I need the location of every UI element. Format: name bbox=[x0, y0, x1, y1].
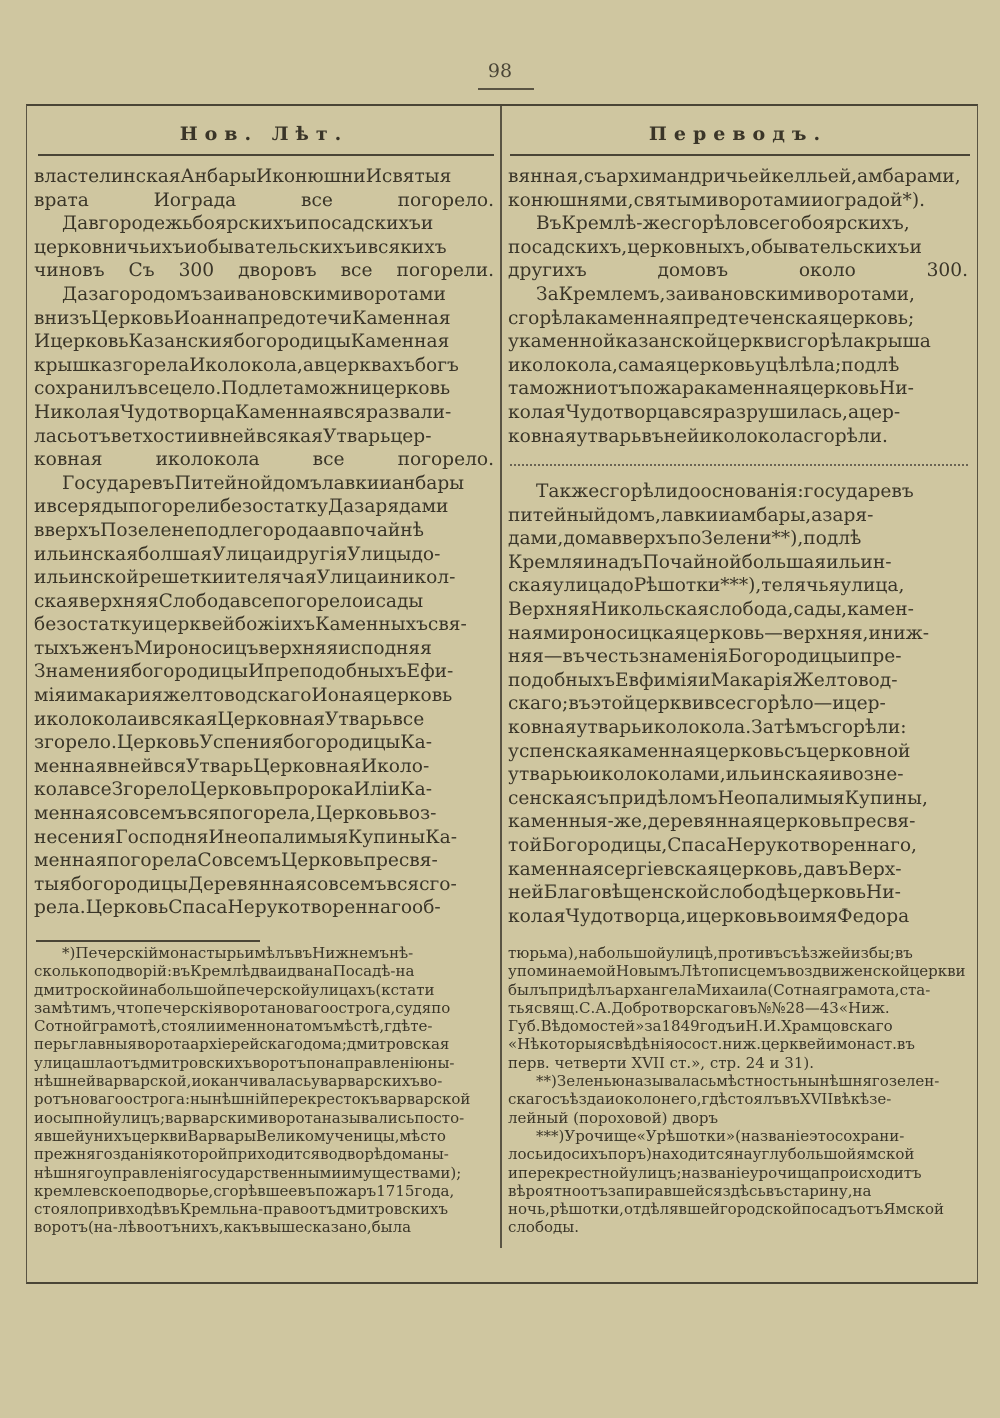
translation-text-line: ковнаяутварьвънейиколоколасгорѣли. bbox=[508, 425, 968, 449]
footnote-line: былъпридѣлъархангелаМихаила(Сотнаяграмот… bbox=[508, 981, 968, 999]
old-chronicle-text-line: внизъЦерковьИоаннапредотечиКаменная bbox=[34, 307, 494, 331]
translation-text-line: каменныя-же,деревяннаяцерковьпресвя- bbox=[508, 810, 968, 834]
old-chronicle-text-line: чиновъ Съ 300 дворовъ все погорели. bbox=[34, 259, 494, 283]
footnote-line: прежнягозданіякоторойприходитсяводворѣдо… bbox=[34, 1145, 494, 1163]
footnote-line: сколькоподворій:въКремлѣдваидванаПосадѣ-… bbox=[34, 962, 494, 980]
old-chronicle-text-line: ильинскаяболшаяУлицаидругіяУлицыдо- bbox=[34, 543, 494, 567]
footnote-line: ***)Урочище«Урѣшотки»(названіеэтосохрани… bbox=[508, 1127, 968, 1145]
footnote-line: перьглавныяворотаархіерейскагодома;дмитр… bbox=[34, 1035, 494, 1053]
old-chronicle-text-line: ковная иколокола все погорело. bbox=[34, 448, 494, 472]
old-chronicle-text-line: сохранилъвсецело.Подлетаможницерковь bbox=[34, 377, 494, 401]
translation-text-line: колаяЧудотворца,ицерковьвоимяФедора bbox=[508, 905, 968, 929]
footnote-line: дмитроскойинабольшойпечерскойулицахъ(кст… bbox=[34, 981, 494, 999]
old-chronicle-text-line: Давгородежьбоярскихъипосадскихъи bbox=[34, 212, 494, 236]
translation-text-line: КремляинадъПочайнойбольшаяильин- bbox=[508, 551, 968, 575]
old-chronicle-text-line: меннаясовсемъвсяпогорела,Церковьвоз- bbox=[34, 802, 494, 826]
old-chronicle-text-line: ильинскойрешеткиителячаяУлицаиникол- bbox=[34, 566, 494, 590]
translation-text-line: укаменнойказанскойцерквисгорѣлакрыша bbox=[508, 330, 968, 354]
footnote-line: замѣтимъ,чтопечерскіяворотановагоострога… bbox=[34, 999, 494, 1017]
left-column-header: Нов. Лѣт. bbox=[30, 116, 498, 152]
old-chronicle-text-line: тыхъженъМироносицъверхняяисподняя bbox=[34, 637, 494, 661]
bottom-rule-gap-2 bbox=[592, 1278, 604, 1282]
old-chronicle-text-line: рела.ЦерковьСпасаНерукотвореннагооб- bbox=[34, 896, 494, 920]
column-divider bbox=[500, 106, 502, 1248]
old-chronicle-text-line: врата Иограда все погорело. bbox=[34, 189, 494, 213]
right-header-rule bbox=[510, 154, 970, 156]
footnote-line: нѣшнягоуправленіягосударственнымиимущест… bbox=[34, 1164, 494, 1182]
old-chronicle-text-line: крышказгорелаИколокола,авцерквахъбогъ bbox=[34, 354, 494, 378]
footnote-line: иосыпнойулицъ;варварскимиворотаназывалис… bbox=[34, 1109, 494, 1127]
old-chronicle-text-line: меннаяпогорелаСовсемъЦерковьпресвя- bbox=[34, 849, 494, 873]
page-number-underline bbox=[478, 88, 534, 90]
translation-text-line: нейБлаговѣщенскойслободѣцерковьНи- bbox=[508, 881, 968, 905]
old-chronicle-text-line: иколоколаивсякаяЦерковнаяУтварьвсе bbox=[34, 708, 494, 732]
old-chronicle-text-line: несенияГосподняИнеопалимыяКупиныКа- bbox=[34, 826, 494, 850]
footnote-line: улицашлаотъдмитровскихъворотъпонаправлен… bbox=[34, 1054, 494, 1072]
page-number: 98 bbox=[0, 60, 1000, 82]
footnote-line: *)ПечерскіймонастырьимѣлъвъНижнемънѣ- bbox=[34, 944, 494, 962]
translation-text-line: утварьюиколоколами,ильинскаяивозне- bbox=[508, 763, 968, 787]
footnote-line: стоялопривходѣвъКремльна-правоотъдмитров… bbox=[34, 1200, 494, 1218]
footnote-line: вѣроятноотъзапиравшейсяздѣсьвъстарину,на bbox=[508, 1182, 968, 1200]
translation-text-line: каменнаясергіевскаяцерковь,давъВерх- bbox=[508, 858, 968, 882]
right-column-text: вянная,съархимандричьейкелльей,амбарами,… bbox=[508, 165, 968, 448]
old-chronicle-text-line: колавсеЗгорелоЦерковьпророкаИліиКа- bbox=[34, 778, 494, 802]
old-chronicle-text-line: меннаявнейвсяУтварьЦерковнаяИколо- bbox=[34, 755, 494, 779]
footnote-line: упоминаемойНовымъЛѣтописцемъвоздвиженско… bbox=[508, 962, 968, 980]
translation-text-line: успенскаякаменнаяцерковьсъцерковной bbox=[508, 740, 968, 764]
translation-text-line: питейныйдомъ,лавкииамбары,азаря- bbox=[508, 504, 968, 528]
old-chronicle-text-line: вверхъПозеленеподлегородаавпочайнѣ bbox=[34, 519, 494, 543]
footnote-line: Губ.Вѣдомостей»за1849годъиН.И.Храмцовска… bbox=[508, 1017, 968, 1035]
translation-text-line: таможниотъпожаракаменнаяцерковьНи- bbox=[508, 377, 968, 401]
translation-text-line: ВъКремлѣ-жесгорѣловсегобоярскихъ, bbox=[508, 212, 968, 236]
old-chronicle-text-line: безостаткуицерквейбожіихъКаменныхъсвя- bbox=[34, 613, 494, 637]
translation-text-line: дами,домавверхъпоЗелени**),подлѣ bbox=[508, 527, 968, 551]
footnote-line: кремлевскоеподворье,сгорѣвшеевъпожаръ171… bbox=[34, 1182, 494, 1200]
footnote-line: Сотнойграмотѣ,стоялиименнонатомъмѣстѣ,гд… bbox=[34, 1017, 494, 1035]
old-chronicle-text-line: ИцерковьКазанскиябогородицыКаменная bbox=[34, 330, 494, 354]
footnote-line: скагосъѣздаиоколонего,гдѣстоялъвъXVIIвѣк… bbox=[508, 1090, 968, 1108]
old-chronicle-text-line: властелинскаяАнбарыИконюшниИсвятыя bbox=[34, 165, 494, 189]
translation-text-line: колаяЧудотворцавсяразрушилась,ацер- bbox=[508, 401, 968, 425]
footnote-line: иперекрестнойулицъ;названіеурочищапроисх… bbox=[508, 1164, 968, 1182]
translation-text-line: сенскаясъпридѣломъНеопалимыяКупины, bbox=[508, 787, 968, 811]
translation-text-line: тойБогородицы,СпасаНерукотвореннаго, bbox=[508, 834, 968, 858]
translation-text-line: скаяулицадоРѣшотки***),телячьяулица, bbox=[508, 574, 968, 598]
old-chronicle-text-line: НиколаяЧудотворцаКаменнаявсяразвали- bbox=[34, 401, 494, 425]
footnote-line: воротъ(на-лѣвоотънихъ,какъвышесказано,бы… bbox=[34, 1218, 494, 1236]
translation-text-line: няя—въчестьзнаменіяБогородицыипре- bbox=[508, 645, 968, 669]
footnotes-right: тюрьма),набольшойулицѣ,противъсъѣзжейизб… bbox=[508, 944, 968, 1237]
translation-text-line: ковнаяутварьиколокола.Затѣмъсгорѣли: bbox=[508, 716, 968, 740]
translation-text-line: сгорѣлакаменнаяпредтеченскаяцерковь; bbox=[508, 307, 968, 331]
translation-text-line: ВерхняяНикольскаяслобода,сады,камен- bbox=[508, 598, 968, 622]
footnote-line: перв. четверти XVII ст.», стр. 24 и 31). bbox=[508, 1054, 968, 1072]
footnote-line: **)Зеленьюназываласьмѣстностьнынѣшнягозе… bbox=[508, 1072, 968, 1090]
left-header-rule bbox=[38, 154, 494, 156]
old-chronicle-text-line: Дазагородомъзаивановскимиворотами bbox=[34, 283, 494, 307]
old-chronicle-text-line: скаяверхняяСлободавсепогорелоисады bbox=[34, 590, 494, 614]
footnote-separator bbox=[36, 940, 260, 942]
footnote-line: лосьидосихъпоръ)находитсянауглубольшойям… bbox=[508, 1145, 968, 1163]
old-chronicle-text-line: згорело.ЦерковьУспениябогородицыКа- bbox=[34, 731, 494, 755]
translation-text-line: посадскихъ,церковныхъ,обывательскихъи bbox=[508, 236, 968, 260]
translation-text-line: вянная,съархимандричьейкелльей,амбарами, bbox=[508, 165, 968, 189]
right-column-text-continued: Такжесгорѣлидооснованія:государевъпитейн… bbox=[508, 480, 968, 928]
old-chronicle-text-line: ласьотъветхостиивнейвсякаяУтварьцер- bbox=[34, 425, 494, 449]
translation-text-line: скаго;въэтойцерквивсесгорѣло—ицер- bbox=[508, 692, 968, 716]
bottom-rule-gap-1 bbox=[545, 1278, 553, 1282]
old-chronicle-text-line: ГосударевъПитейнойдомълавкиианбары bbox=[34, 472, 494, 496]
translation-text-line: другихъ домовъ около 300. bbox=[508, 259, 968, 283]
translation-text-line: наямироносицкаяцерковь—верхняя,иниж- bbox=[508, 622, 968, 646]
old-chronicle-text-line: ЗнамениябогородицыИпреподобныхъЕфи- bbox=[34, 660, 494, 684]
right-column-header: Переводъ. bbox=[504, 116, 972, 152]
translation-text-line: ЗаКремлемъ,заивановскимиворотами, bbox=[508, 283, 968, 307]
left-column-text: властелинскаяАнбарыИконюшниИсвятыяврата … bbox=[34, 165, 494, 920]
translation-text-line: Такжесгорѣлидооснованія:государевъ bbox=[508, 480, 968, 504]
translation-text-line: подобныхъЕвфиміяиМакаріяЖелтовод- bbox=[508, 669, 968, 693]
footnote-line: тюрьма),набольшойулицѣ,противъсъѣзжейизб… bbox=[508, 944, 968, 962]
old-chronicle-text-line: міяимакарияжелтоводскагоИонаяцерковь bbox=[34, 684, 494, 708]
footnote-line: слободы. bbox=[508, 1218, 968, 1236]
footnote-line: ротъновагоострога:нынѣшнійперекрестокъва… bbox=[34, 1090, 494, 1108]
footnote-line: явшейунихъцерквиВарварыВеликомученицы,мѣ… bbox=[34, 1127, 494, 1145]
right-column-dotted-separator bbox=[510, 464, 968, 466]
footnote-line: лейный (пороховой) дворъ bbox=[508, 1109, 968, 1127]
footnote-line: нѣшнейварварской,иоканчиваласьуварварски… bbox=[34, 1072, 494, 1090]
footnotes-left: *)ПечерскіймонастырьимѣлъвъНижнемънѣ-ско… bbox=[34, 944, 494, 1237]
old-chronicle-text-line: тыябогородицыДеревяннаясовсемъвсясго- bbox=[34, 873, 494, 897]
footnote-line: «Нѣкоторыясвѣдѣніяосост.ниж.церквейимона… bbox=[508, 1035, 968, 1053]
translation-text-line: иколокола,самаяцерковьуцѣлѣла;подлѣ bbox=[508, 354, 968, 378]
old-chronicle-text-line: ивсерядыпогорелибезостаткуДазарядами bbox=[34, 495, 494, 519]
translation-text-line: конюшнями,святымиворотамииоградой*). bbox=[508, 189, 968, 213]
footnote-line: тьясвящ.С.А.Добротворскаговъ№№28—43«Ниж. bbox=[508, 999, 968, 1017]
footnote-line: ночь,рѣшотки,отдѣлявшейгородскойпосадъот… bbox=[508, 1200, 968, 1218]
old-chronicle-text-line: церковничьихъиобывательскихъивсякихъ bbox=[34, 236, 494, 260]
